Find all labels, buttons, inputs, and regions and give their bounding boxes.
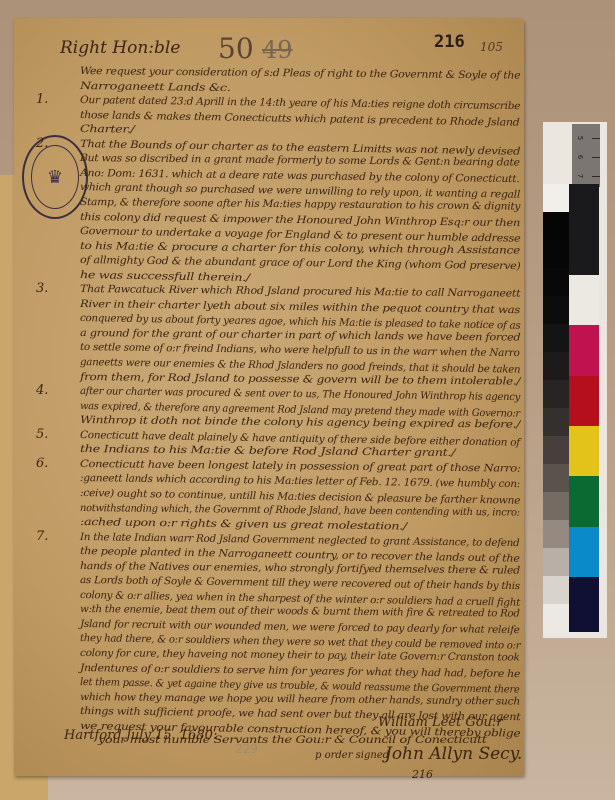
ruler-tick	[592, 138, 600, 139]
color-patch	[569, 426, 599, 477]
gray-patch	[543, 380, 569, 409]
color-patch	[569, 577, 599, 633]
paragraph-number: 4.	[36, 383, 48, 398]
color-patch	[569, 184, 599, 276]
salutation: Right Hon:ble	[60, 38, 180, 58]
grayscale-patches	[543, 184, 569, 632]
paragraph-number: 2.	[36, 136, 48, 151]
gray-patch	[543, 548, 569, 577]
paragraph-number: 3.	[36, 281, 48, 296]
gray-patch	[543, 436, 569, 465]
color-patch	[569, 376, 599, 427]
gray-patch	[543, 408, 569, 437]
paragraph-number: 1.	[36, 92, 48, 107]
folio-number-stamped: 216	[434, 32, 465, 52]
ruler-label: 7	[576, 174, 584, 178]
gray-patch	[543, 520, 569, 549]
color-patch	[569, 325, 599, 376]
gray-patch	[543, 184, 569, 213]
paragraph-number: 6.	[36, 456, 48, 471]
color-patches	[569, 184, 599, 632]
gray-patch	[543, 296, 569, 325]
archive-stamp: ♛	[22, 135, 88, 219]
manuscript-line: Narroganeett Lands &c.	[80, 81, 231, 94]
crown-icon: ♛	[47, 167, 63, 188]
gray-patch	[543, 212, 569, 241]
gray-patch	[543, 492, 569, 521]
gray-patch	[543, 576, 569, 605]
ruler-tick	[592, 176, 600, 177]
gray-patch	[543, 464, 569, 493]
folio-number-struck: 49	[262, 36, 293, 64]
place-date: Hartford July 15. 1680:	[64, 728, 217, 743]
secretary-signature: John Allyn Secy.	[385, 744, 522, 764]
ruler-label: 6	[576, 155, 584, 159]
governor-signature: William Leet Gou:r	[378, 715, 503, 730]
color-patch	[569, 275, 599, 326]
gray-patch	[543, 268, 569, 297]
gray-patch	[543, 324, 569, 353]
gray-patch	[543, 240, 569, 269]
color-patch	[569, 527, 599, 578]
subscribed-label: p order signed	[315, 750, 389, 761]
folio-number-pencil: 50	[218, 32, 254, 65]
signature-ref-number: 216	[412, 768, 433, 781]
ruler-label: 5	[576, 136, 584, 140]
gray-patch	[543, 352, 569, 381]
paragraph-number: 5.	[36, 427, 48, 442]
manuscript-line: Charter./	[80, 124, 135, 136]
paragraph-number: 7.	[36, 529, 48, 544]
ruler-tick	[592, 157, 600, 158]
color-patch	[569, 476, 599, 527]
pencil-ref-number: 229	[235, 742, 258, 756]
folio-number-small: 105	[480, 40, 503, 54]
gray-patch	[543, 604, 569, 633]
